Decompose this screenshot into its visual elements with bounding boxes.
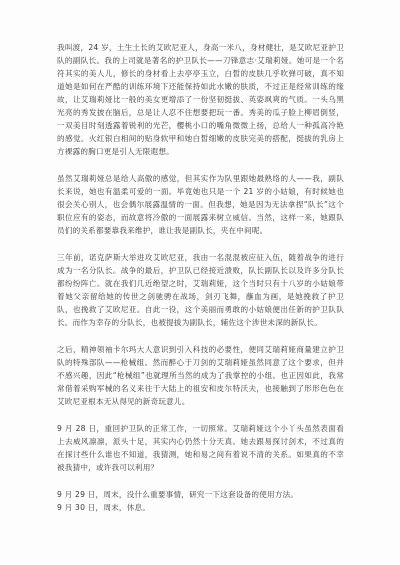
paragraph-war-history: 三年前，诺克萨斯大举进攻艾欧尼亚，我由一名混混被应征入伍，随着战争的进行成为一名… xyxy=(57,251,344,329)
paragraph-diary-sep30: 9 月 30 日，周末，休息。 xyxy=(57,501,344,514)
paragraph-diary-sep29: 9 月 29 日，周末，没什么重要事情，研究一下这套设备的使用方法。 xyxy=(57,488,344,501)
document-page: 我叫渡，24 岁，土生土长的艾欧尼亚人，身高一米八，身材健壮，是艾欧尼亚护卫队的… xyxy=(0,0,400,565)
paragraph-intro: 我叫渡，24 岁，土生土长的艾欧尼亚人，身高一米八，身材健壮，是艾欧尼亚护卫队的… xyxy=(57,41,344,158)
paragraph-gun-squad: 之后，精神领袖卡尔玛大人意识到引入科技的必要性，便同艾瑞莉娅商量建立护卫队的特殊… xyxy=(57,343,344,408)
paragraph-personality: 虽然艾瑞莉娅总是给人高傲的感觉，但其实作为队里跟她最熟络的人——我，副队长来说，… xyxy=(57,172,344,237)
document-body: 我叫渡，24 岁，土生土长的艾欧尼亚人，身高一米八，身材健壮，是艾欧尼亚护卫队的… xyxy=(57,41,344,514)
paragraph-diary-sep28: 9 月 28 日，重回护卫队的正常工作，一切照常。艾瑞莉娅这个小丫头虽然表面看上… xyxy=(57,422,344,474)
